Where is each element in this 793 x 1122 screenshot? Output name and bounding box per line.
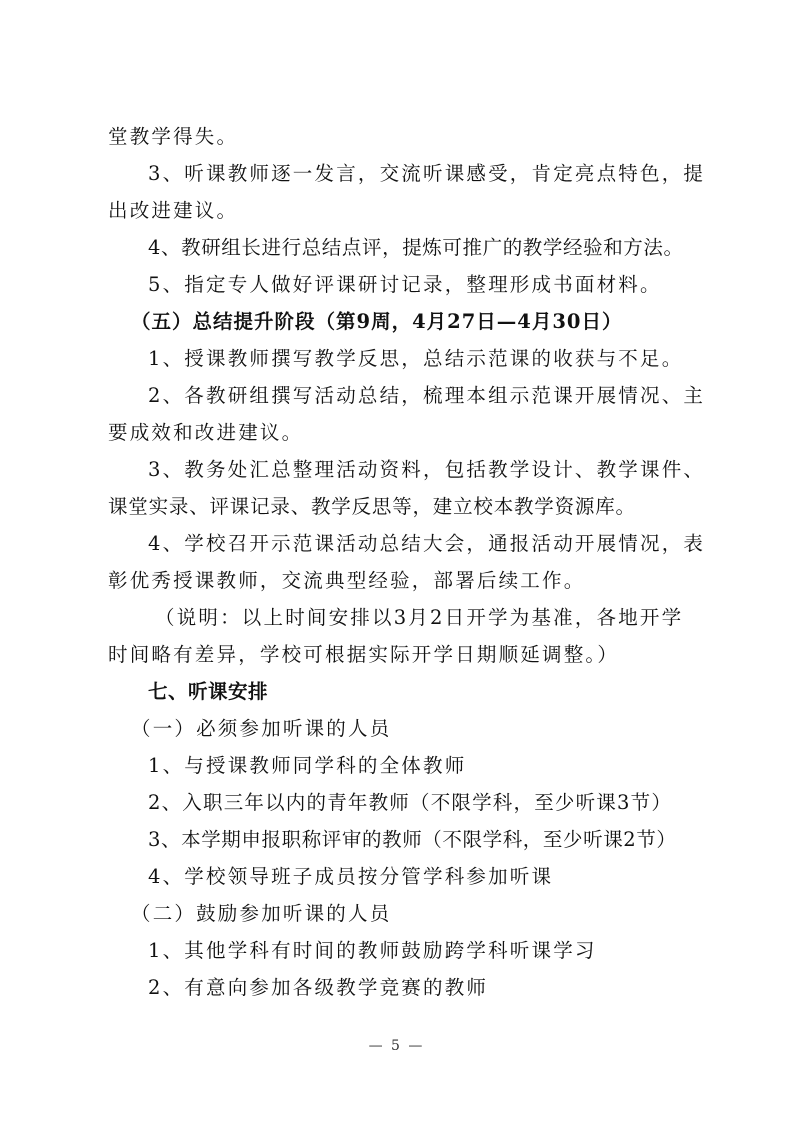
section-subheading: （一）必须参加听课的人员 xyxy=(131,717,713,741)
list-item: 3、本学期申报职称评审的教师（不限学科，至少听课2节） xyxy=(148,828,730,852)
paragraph-line: 堂教学得失。 xyxy=(108,125,690,149)
section-subheading: （五）总结提升阶段（第9周，4月27日—4月30日） xyxy=(131,310,713,334)
paragraph-line: 3、听课教师逐一发言，交流听课感受，肯定亮点特色，提 xyxy=(148,162,730,186)
note-line: （说明：以上时间安排以3月2日开学为基准，各地开学 xyxy=(155,606,737,630)
paragraph-line: 彰优秀授课教师，交流典型经验，部署后续工作。 xyxy=(108,569,690,593)
document-page: 堂教学得失。 3、听课教师逐一发言，交流听课感受，肯定亮点特色，提 出改进建议。… xyxy=(0,0,793,1122)
paragraph-line: 要成效和改进建议。 xyxy=(108,421,690,445)
list-item: 1、其他学科有时间的教师鼓励跨学科听课学习 xyxy=(148,939,730,963)
section-heading: 七、听课安排 xyxy=(148,680,730,704)
list-item: 2、入职三年以内的青年教师（不限学科，至少听课3节） xyxy=(148,791,730,815)
list-item: 2、有意向参加各级教学竞赛的教师 xyxy=(148,976,730,1000)
note-line: 时间略有差异，学校可根据实际开学日期顺延调整。） xyxy=(108,643,690,667)
page-number: — 5 — xyxy=(0,1038,793,1054)
list-item: 1、与授课教师同学科的全体教师 xyxy=(148,754,730,778)
paragraph-line: 5、指定专人做好评课研讨记录，整理形成书面材料。 xyxy=(148,273,730,297)
paragraph-line: 1、授课教师撰写教学反思，总结示范课的收获与不足。 xyxy=(148,347,730,371)
paragraph-line: 4、教研组长进行总结点评，提炼可推广的教学经验和方法。 xyxy=(148,236,730,260)
paragraph-line: 出改进建议。 xyxy=(108,199,690,223)
list-item: 4、学校领导班子成员按分管学科参加听课 xyxy=(148,865,730,889)
paragraph-line: 2、各教研组撰写活动总结，梳理本组示范课开展情况、主 xyxy=(148,384,730,408)
paragraph-line: 3、教务处汇总整理活动资料，包括教学设计、教学课件、 xyxy=(148,458,730,482)
paragraph-line: 4、学校召开示范课活动总结大会，通报活动开展情况，表 xyxy=(148,532,730,556)
paragraph-line: 课堂实录、评课记录、教学反思等，建立校本教学资源库。 xyxy=(108,495,690,519)
section-subheading: （二）鼓励参加听课的人员 xyxy=(131,902,713,926)
